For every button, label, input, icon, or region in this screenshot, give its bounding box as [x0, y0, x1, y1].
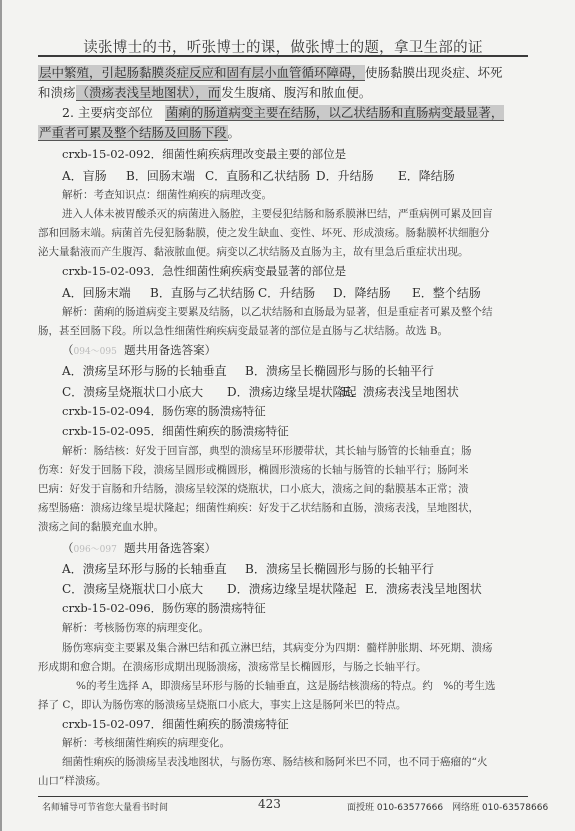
question-092-stem: crxb-15-02-092．细菌性痢疾病理改变最主要的部位是: [62, 146, 346, 162]
highlight: 层中繁殖，引起肠黏膜炎症反应和固有层小血管循环障碍，: [38, 65, 365, 81]
question-094-stem: crxb-15-02-094．肠伤寒的肠溃疡特征: [62, 403, 266, 419]
option-d: D．升结肠: [316, 167, 374, 184]
text: 发生腹痛、腹泻和脓血便。: [221, 85, 371, 100]
analysis-line: %的考生选择 A，即溃疡呈环形与肠的长轴垂直，这是肠结核溃疡的特点。约 %的考生…: [76, 678, 495, 694]
faint-range: 094～095: [74, 347, 117, 357]
intro-line-1: 层中繁殖，引起肠黏膜炎症反应和固有层小血管循环障碍，使肠黏膜出现炎症、坏死: [38, 65, 503, 81]
option-b: B．溃疡呈长椭圆形与肠的长轴平行: [245, 560, 434, 577]
section-heading: 2. 主要病变部位: [62, 105, 153, 120]
group-header: （096～097 题共用备选答案）: [62, 540, 216, 558]
option-d: D．溃疡边缘呈堤状隆起: [227, 383, 357, 400]
page-number: 423: [258, 797, 281, 811]
analysis-line: 溃疡之间的黏膜充血水肿。: [38, 519, 164, 535]
text: 使肠黏膜出现炎症、坏死: [365, 65, 503, 80]
analysis-line: 部和回肠末端。病菌首先侵犯肠黏膜，使之发生缺血、变性、坏死、形成溃疡。肠黏膜杯状…: [38, 225, 490, 241]
option-a: A．溃疡呈环形与肠的长轴垂直: [62, 560, 227, 577]
analysis-line: 巴病：好发于盲肠和升结肠，溃疡呈较深的烧瓶状，口小底大，溃疡之间的黏膜基本正常；…: [38, 481, 469, 497]
faint-range: 096～097: [74, 545, 117, 555]
text: 和溃疡: [38, 85, 76, 100]
analysis-line: 进入人体未被胃酸杀灭的病菌进入肠腔，主要侵犯结肠和肠系膜淋巴结，严重病例可累及回…: [62, 206, 493, 222]
text: 题共用备选答案）: [124, 541, 216, 555]
option-c: C．升结肠: [258, 284, 315, 301]
option-e: E．降结肠: [398, 167, 455, 184]
group-header: （094～095 题共用备选答案）: [62, 342, 216, 360]
document-page: 读张博士的书，听张博士的课，做张博士的题，拿卫生部的证 层中繁殖，引起肠黏膜炎症…: [0, 0, 575, 831]
analysis-line: 伤寒：好发于回肠下段，溃疡呈圆形或椭圆形，椭圆形溃疡的长轴与肠管的长轴平行；肠阿…: [38, 462, 469, 478]
option-b: B．回肠末端: [126, 167, 195, 184]
analysis-title: 解析：考查知识点：细菌性痢疾的病理改变。: [62, 187, 272, 203]
footer-contact: 面授班 010-63577666 网络班 010-63578666: [347, 800, 548, 813]
intro-line-2: 和溃疡（溃疡表浅呈地图状），而发生腹痛、腹泻和脓血便。: [38, 85, 371, 101]
option-b: B．直肠与乙状结肠: [150, 284, 255, 301]
question-096-stem: crxb-15-02-096．肠伤寒的肠溃疡特征: [62, 600, 266, 616]
option-b: B．溃疡呈长椭圆形与肠的长轴平行: [245, 362, 434, 379]
analysis-line: 疡型肠癌：溃疡边缘呈堤状隆起；细菌性痢疾：好发于乙状结肠和直肠，溃疡表浅，呈地图…: [38, 500, 479, 516]
option-c: C．溃疡呈烧瓶状口小底大: [62, 580, 203, 597]
text: 题共用备选答案）: [124, 343, 216, 357]
analysis-line: 泌大量黏液而产生腹泻、黏液脓血便。病变以乙状结肠及直肠为主，故有里急后重症状出现…: [38, 244, 469, 260]
option-d: D．溃疡边缘呈堤状隆起: [227, 580, 357, 597]
option-c: C．溃疡呈烧瓶状口小底大: [62, 383, 203, 400]
option-e: E．溃疡表浅呈地图状: [342, 383, 459, 400]
analysis-title: 解析：考核肠伤寒的病理变化。: [62, 620, 209, 636]
text: 。: [228, 125, 241, 140]
analysis-line: 山口”样溃疡。: [38, 773, 106, 789]
page-edge: [0, 0, 2, 831]
text: （: [62, 541, 74, 555]
text: （: [62, 343, 74, 357]
option-e: E．溃疡表浅呈地图状: [365, 580, 482, 597]
question-093-stem: crxb-15-02-093．急性细菌性痢疾病变最显著的部位是: [62, 263, 346, 279]
option-a: A．盲肠: [62, 167, 107, 184]
option-d: D．降结肠: [333, 284, 391, 301]
analysis-line: 解析：肠结核：好发于回盲部，典型的溃疡呈环形腰带状，其长轴与肠管的长轴垂直；肠: [62, 443, 472, 459]
highlight: （溃疡表浅呈地图状），而: [76, 85, 222, 101]
footer-divider: [38, 796, 528, 797]
analysis-line: 择了 C，即认为肠伤寒的肠溃疡呈烧瓶口小底大，事实上这是肠阿米巴的特点。: [38, 697, 406, 713]
page-header: 读张博士的书，听张博士的课，做张博士的题，拿卫生部的证: [38, 36, 528, 57]
option-a: A．溃疡呈环形与肠的长轴垂直: [62, 362, 227, 379]
question-095-stem: crxb-15-02-095．细菌性痢疾的肠溃疡特征: [62, 423, 289, 439]
analysis-line: 形成期和愈合期。在溃疡形成期出现肠溃疡，溃疡常呈长椭圆形，与肠之长轴平行。: [38, 659, 427, 675]
intro-line-4: 严重者可累及整个结肠及回肠下段。: [38, 125, 240, 141]
option-e: E．整个结肠: [412, 284, 481, 301]
header-divider: [38, 55, 528, 57]
analysis-line: 肠，甚至回肠下段。所以急性细菌性痢疾病变最显著的部位是直肠与乙状结肠。故选 B。: [38, 323, 448, 339]
analysis-line: 肠伤寒病变主要累及集合淋巴结和孤立淋巴结，其病变分为四期：髓样肿胀期、坏死期、溃…: [62, 640, 493, 656]
analysis-title: 解析：考核细菌性痢疾的病理变化。: [62, 735, 230, 751]
option-a: A．回肠末端: [62, 284, 131, 301]
analysis-line: 解析：菌痢的肠道病变主要累及结肠，以乙状结肠和直肠最为显著，但是重症者可累及整个…: [62, 304, 493, 320]
highlight: 严重者可累及整个结肠及回肠下段: [38, 125, 228, 141]
intro-line-3: 2. 主要病变部位 菌痢的肠道病变主要在结肠，以乙状结肠和直肠病变最显著，: [62, 105, 504, 121]
question-097-stem: crxb-15-02-097．细菌性痢疾的肠溃疡特征: [62, 716, 289, 732]
analysis-line: 细菌性痢疾的肠溃疡呈表浅地图状，与肠伤寒、肠结核和肠阿米巴不同，也不同于癌瘤的“…: [62, 754, 487, 770]
option-c: C．直肠和乙状结肠: [205, 167, 310, 184]
highlight: 菌痢的肠道病变主要在结肠，以乙状结肠和直肠病变最显著，: [165, 105, 505, 121]
footer-slogan: 名师辅导可节省您大量看书时间: [42, 800, 168, 813]
